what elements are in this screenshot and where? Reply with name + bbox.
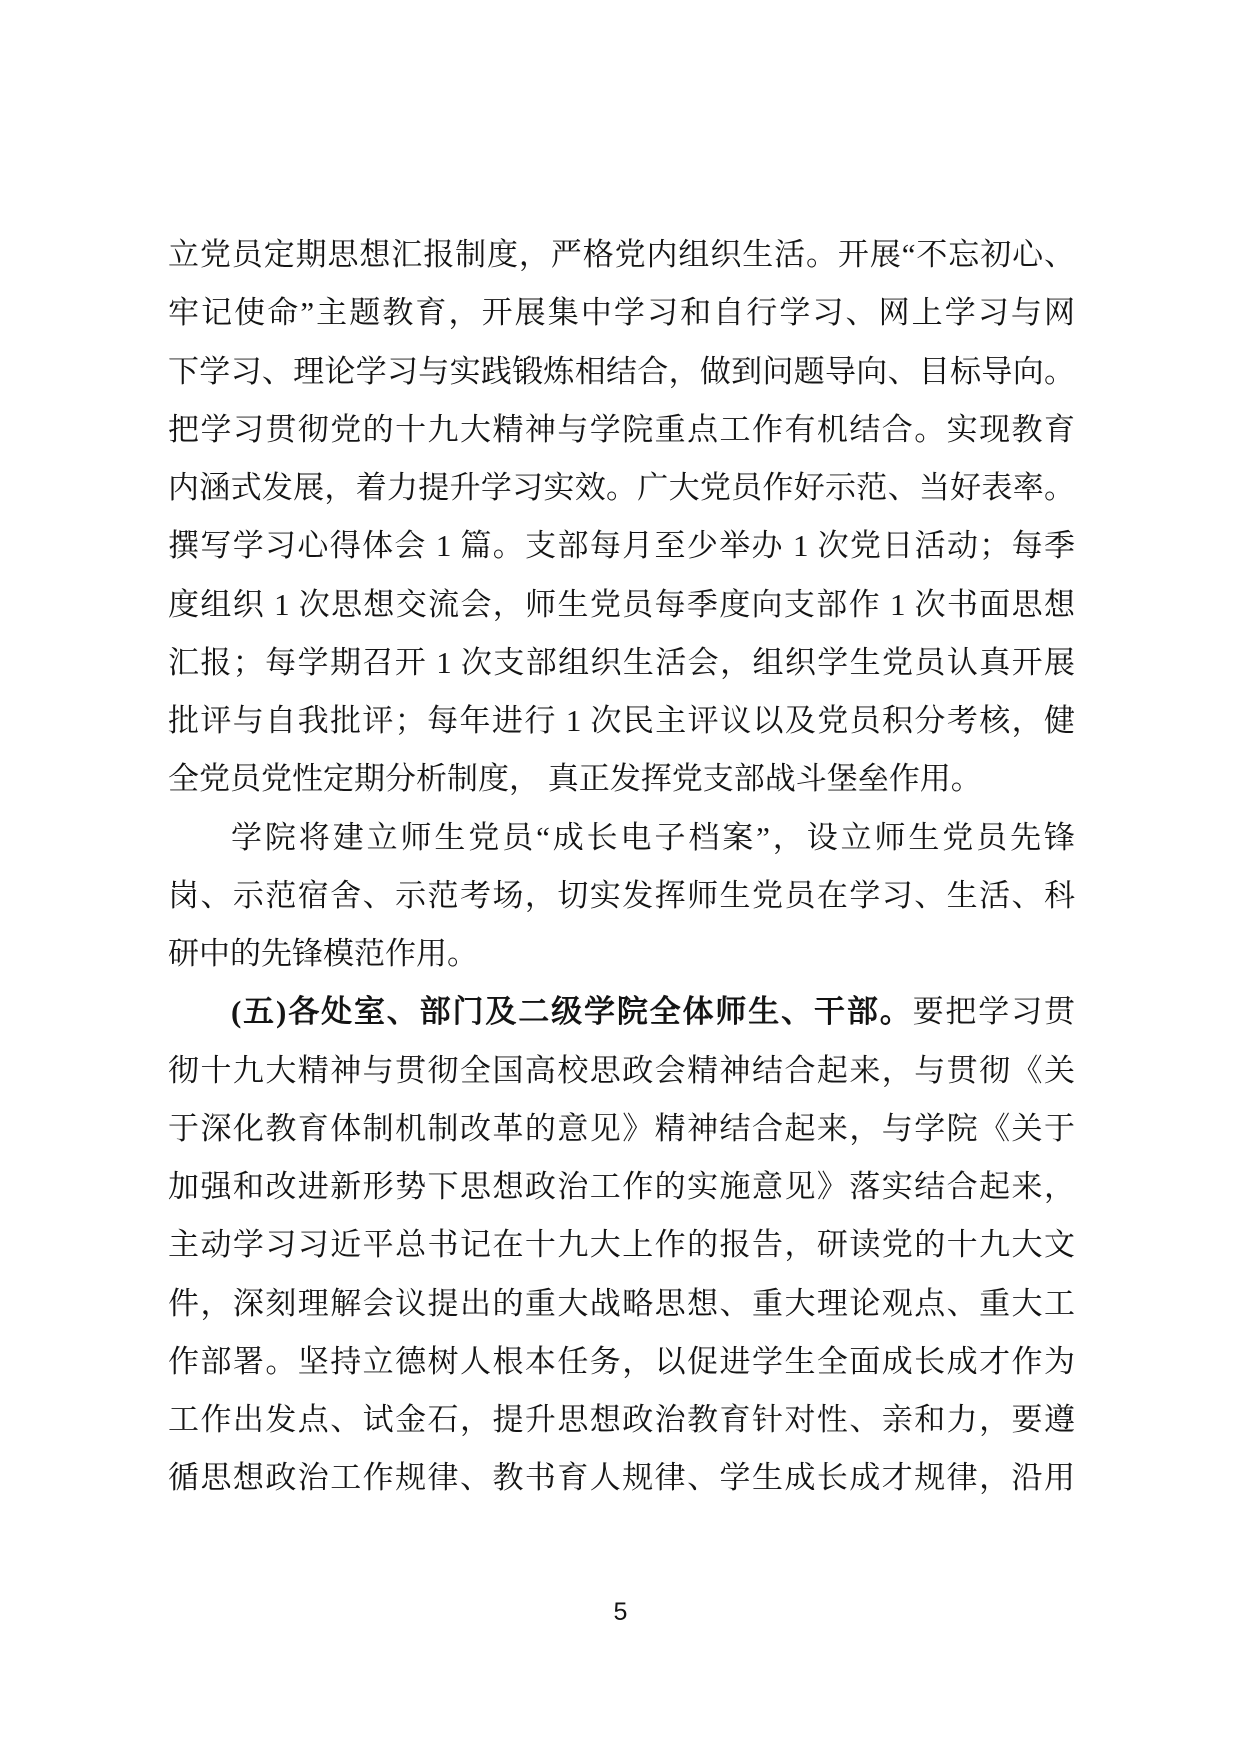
text-line: 汇报；每学期召开 1 次支部组织生活会，组织学生党员认真开展 [168,634,1075,692]
document-body: 立党员定期思想汇报制度，严格党内组织生活。开展“不忘初心、牢记使命”主题教育，开… [168,226,1075,1508]
text-segment: 工作出发点、试金石，提升思想政治教育针对性、亲和力，要遵 [168,1402,1075,1437]
text-line: 牢记使命”主题教育，开展集中学习和自行学习、网上学习与网 [168,284,1075,342]
text-segment: 立党员定期思想汇报制度，严格党内组织生活。开展“不忘初心、 [168,237,1075,272]
page-number: 5 [0,1598,1241,1627]
text-segment: 循思想政治工作规律、教书育人规律、学生成长成才规律，沿用 [168,1460,1075,1495]
document-page: 立党员定期思想汇报制度，严格党内组织生活。开展“不忘初心、牢记使命”主题教育，开… [0,0,1241,1754]
text-line: 于深化教育体制机制改革的意见》精神结合起来，与学院《关于 [168,1100,1075,1158]
text-line: 研中的先锋模范作用。 [168,925,1075,983]
text-segment: 学院将建立师生党员“成长电子档案”，设立师生党员先锋 [231,820,1075,855]
text-line: 批评与自我批评；每年进行 1 次民主评议以及党员积分考核，健 [168,692,1075,750]
text-segment: 加强和改进新形势下思想政治工作的实施意见》落实结合起来， [168,1169,1075,1204]
text-line: 主动学习习近平总书记在十九大上作的报告，研读党的十九大文 [168,1216,1075,1274]
text-segment: 主动学习习近平总书记在十九大上作的报告，研读党的十九大文 [168,1227,1075,1262]
bold-text-segment: (五)各处室、部门及二级学院全体师生、干部。 [231,994,913,1029]
text-segment: 岗、示范宿舍、示范考场，切实发挥师生党员在学习、生活、科 [168,878,1075,913]
text-line: 件，深刻理解会议提出的重大战略思想、重大理论观点、重大工 [168,1275,1075,1333]
text-segment: 要把学习贯 [913,994,1075,1029]
text-segment: 件，深刻理解会议提出的重大战略思想、重大理论观点、重大工 [168,1286,1075,1321]
text-line: 岗、示范宿舍、示范考场，切实发挥师生党员在学习、生活、科 [168,867,1075,925]
text-line: 彻十九大精神与贯彻全国高校思政会精神结合起来，与贯彻《关 [168,1042,1075,1100]
text-line: 把学习贯彻党的十九大精神与学院重点工作有机结合。实现教育 [168,401,1075,459]
text-segment: 于深化教育体制机制改革的意见》精神结合起来，与学院《关于 [168,1111,1075,1146]
text-line: 撰写学习心得体会 1 篇。支部每月至少举办 1 次党日活动；每季 [168,517,1075,575]
text-segment: 撰写学习心得体会 1 篇。支部每月至少举办 1 次党日活动；每季 [168,528,1075,563]
text-line: (五)各处室、部门及二级学院全体师生、干部。要把学习贯 [168,983,1075,1041]
text-segment: 把学习贯彻党的十九大精神与学院重点工作有机结合。实现教育 [168,412,1075,447]
text-line: 学院将建立师生党员“成长电子档案”，设立师生党员先锋 [168,809,1075,867]
text-segment: 内涵式发展，着力提升学习实效。广大党员作好示范、当好表率。 [168,470,1075,505]
text-line: 立党员定期思想汇报制度，严格党内组织生活。开展“不忘初心、 [168,226,1075,284]
text-line: 工作出发点、试金石，提升思想政治教育针对性、亲和力，要遵 [168,1391,1075,1449]
text-segment: 牢记使命”主题教育，开展集中学习和自行学习、网上学习与网 [168,295,1075,330]
text-line: 内涵式发展，着力提升学习实效。广大党员作好示范、当好表率。 [168,459,1075,517]
text-line: 度组织 1 次思想交流会，师生党员每季度向支部作 1 次书面思想 [168,576,1075,634]
text-segment: 度组织 1 次思想交流会，师生党员每季度向支部作 1 次书面思想 [168,587,1075,622]
text-segment: 作部署。坚持立德树人根本任务，以促进学生全面成长成才作为 [168,1344,1075,1379]
text-segment: 批评与自我批评；每年进行 1 次民主评议以及党员积分考核，健 [168,703,1075,738]
text-line: 全党员党性定期分析制度， 真正发挥党支部战斗堡垒作用。 [168,750,1075,808]
text-line: 加强和改进新形势下思想政治工作的实施意见》落实结合起来， [168,1158,1075,1216]
text-segment: 研中的先锋模范作用。 [168,936,478,971]
text-line: 作部署。坚持立德树人根本任务，以促进学生全面成长成才作为 [168,1333,1075,1391]
text-segment: 下学习、理论学习与实践锻炼相结合，做到问题导向、目标导向。 [168,354,1075,389]
text-line: 下学习、理论学习与实践锻炼相结合，做到问题导向、目标导向。 [168,343,1075,401]
text-segment: 汇报；每学期召开 1 次支部组织生活会，组织学生党员认真开展 [168,645,1075,680]
text-segment: 彻十九大精神与贯彻全国高校思政会精神结合起来，与贯彻《关 [168,1053,1075,1088]
text-segment: 全党员党性定期分析制度， 真正发挥党支部战斗堡垒作用。 [168,761,982,796]
text-line: 循思想政治工作规律、教书育人规律、学生成长成才规律，沿用 [168,1449,1075,1507]
